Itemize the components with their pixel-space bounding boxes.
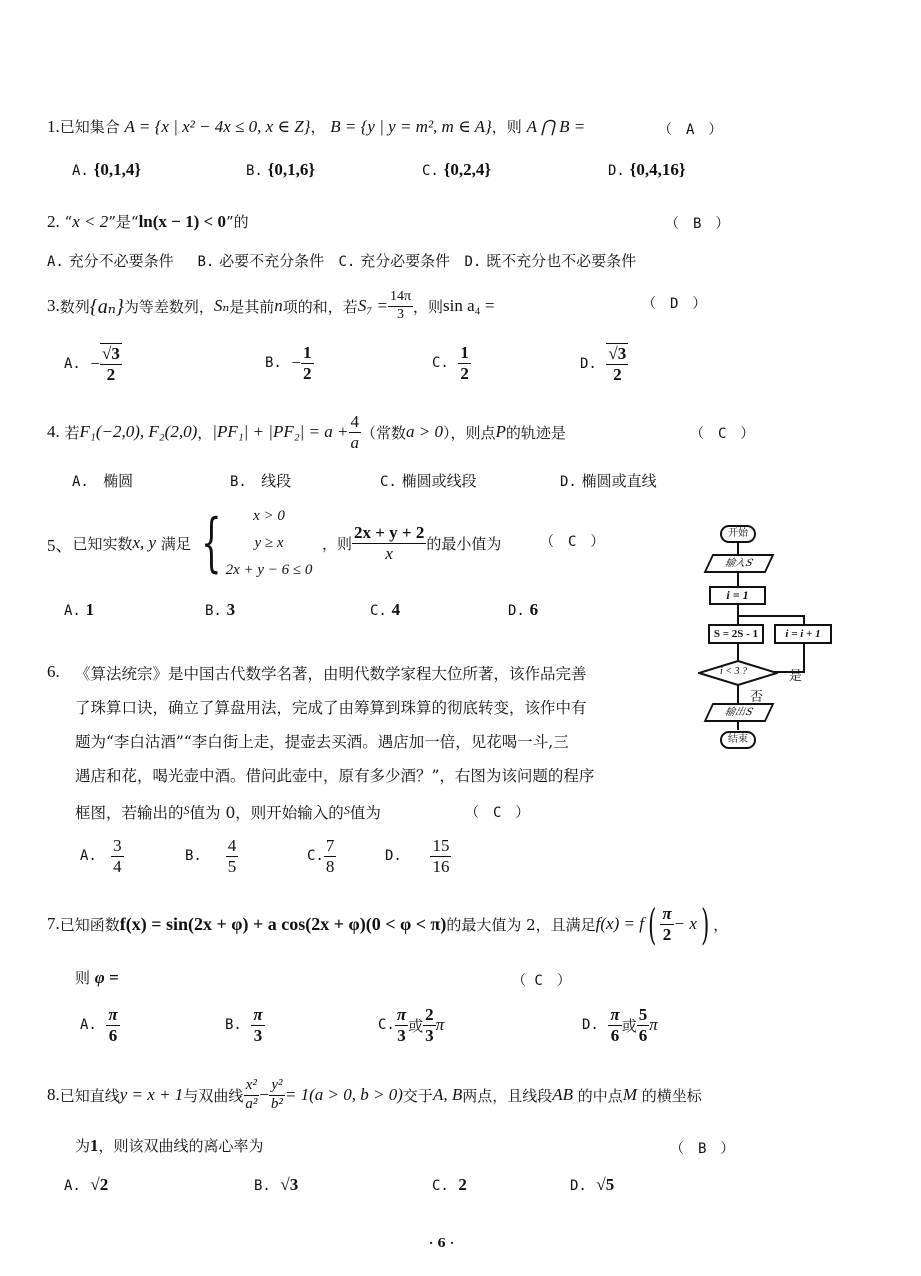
answer-4: （ C ） [690, 423, 754, 443]
question-6-number: 6. [47, 662, 60, 682]
question-4-option-c: C. 椭圆或线段 [380, 470, 477, 491]
flowchart-end: 结束 [720, 731, 756, 749]
question-1-stem: 1.已知集合 A = {x | x² − 4x ≤ 0, x ∈ Z}， B =… [47, 116, 585, 137]
answer-1: （ A ） [658, 119, 722, 139]
answer-8: （ B ） [670, 1138, 734, 1158]
question-6-option-b: B. 45 [185, 836, 238, 876]
question-8-line2: 为1，则该双曲线的离心率为 [75, 1135, 264, 1156]
question-4-option-a: A. 椭圆 [72, 470, 133, 491]
question-8-option-d: D. √5 [570, 1175, 614, 1195]
question-2-options: A. 充分不必要条件 B. 必要不充分条件 C. 充分必要条件 D. 既不充分也… [47, 250, 636, 271]
question-4-option-b: B. 线段 [230, 470, 291, 491]
question-2-stem: 2. “x < 2”是“ln(x − 1) < 0”的 [47, 211, 249, 232]
question-5-option-d: D. 6 [508, 600, 538, 620]
question-3-option-c: C. 12 [432, 343, 471, 383]
question-1-option-d: D. {0,4,16} [608, 160, 686, 180]
question-5-stem: 5、已知实数x, y 满足 { x > 0 y ≥ x 2x + y − 6 ≤… [47, 503, 501, 583]
question-8-option-b: B. √3 [254, 1175, 298, 1195]
question-7-option-b: B. π3 [225, 1005, 265, 1045]
answer-7: （ C ） [512, 970, 571, 990]
question-7-line2: 则 φ = [75, 967, 119, 988]
answer-6: （ C ） [465, 802, 529, 822]
question-5-option-a: A. 1 [64, 600, 94, 620]
flowchart-yes-label: 是 [789, 665, 802, 684]
page-number: · 6 · [429, 1236, 454, 1250]
question-1-option-b: B. {0,1,6} [246, 160, 315, 180]
question-7-option-a: A. π6 [80, 1005, 120, 1045]
constraint-3: 2x + y − 6 ≤ 0 [226, 557, 313, 584]
question-6-option-a: A. 34 [80, 836, 124, 876]
flowchart: 开始 输入S i = 1 S = 2S - 1 i = i + 1 i < 3 … [690, 515, 840, 755]
flowchart-start: 开始 [720, 525, 756, 543]
constraint-2: y ≥ x [254, 530, 283, 557]
set-a: A = {x | x² − 4x ≤ 0, x ∈ Z} [125, 117, 311, 136]
flowchart-increment: i = i + 1 [774, 624, 832, 644]
answer-3: （ D ） [642, 293, 706, 313]
question-3-stem: 3.数列 {aₙ}为等差数列， Sₙ是其前n项的和，若 S₇ = 14π3 ，则… [47, 286, 494, 326]
question-7-stem: 7.已知函数 f(x) = sin(2x + φ) + a cos(2x + φ… [47, 900, 728, 948]
flowchart-output: 输出S [704, 703, 775, 722]
set-b: B = {y | y = m², m ∈ A} [330, 117, 492, 136]
flowchart-update-s: S = 2S - 1 [708, 624, 764, 644]
question-3-option-a: A. −√32 [64, 343, 122, 384]
flowchart-init: i = 1 [709, 586, 766, 605]
question-6-option-c: C.78 [307, 836, 336, 876]
question-5-option-b: B. 3 [205, 600, 235, 620]
answer-2: （ B ） [665, 213, 729, 233]
question-1-option-c: C. {0,2,4} [422, 160, 491, 180]
answer-5: （ C ） [540, 531, 604, 551]
question-1-option-a: A. {0,1,4} [72, 160, 141, 180]
question-3-option-b: B. −12 [265, 343, 314, 383]
question-8-stem: 8.已知直线 y = x + 1与双曲线 x²a² − y²b² = 1(a >… [47, 1071, 702, 1119]
constraint-1: x > 0 [253, 503, 285, 530]
question-5-option-c: C. 4 [370, 600, 400, 620]
question-8-option-a: A. √2 [64, 1175, 108, 1195]
question-8-option-c: C. 2 [432, 1175, 467, 1195]
flowchart-input: 输入S [704, 554, 775, 573]
question-7-option-d: D. π6或56π [582, 1005, 658, 1045]
question-7-option-c: C.π3或23π [378, 1005, 444, 1045]
question-6-option-d: D. 1516 [385, 836, 451, 876]
question-4-stem: 4. 若 F₁(−2,0), F₂(2,0)， |PF₁| + |PF₂| = … [47, 408, 566, 456]
question-4-option-d: D. 椭圆或直线 [560, 470, 657, 491]
flowchart-condition: i < 3 ? [720, 666, 747, 677]
question-3-option-d: D. √32 [580, 343, 628, 384]
